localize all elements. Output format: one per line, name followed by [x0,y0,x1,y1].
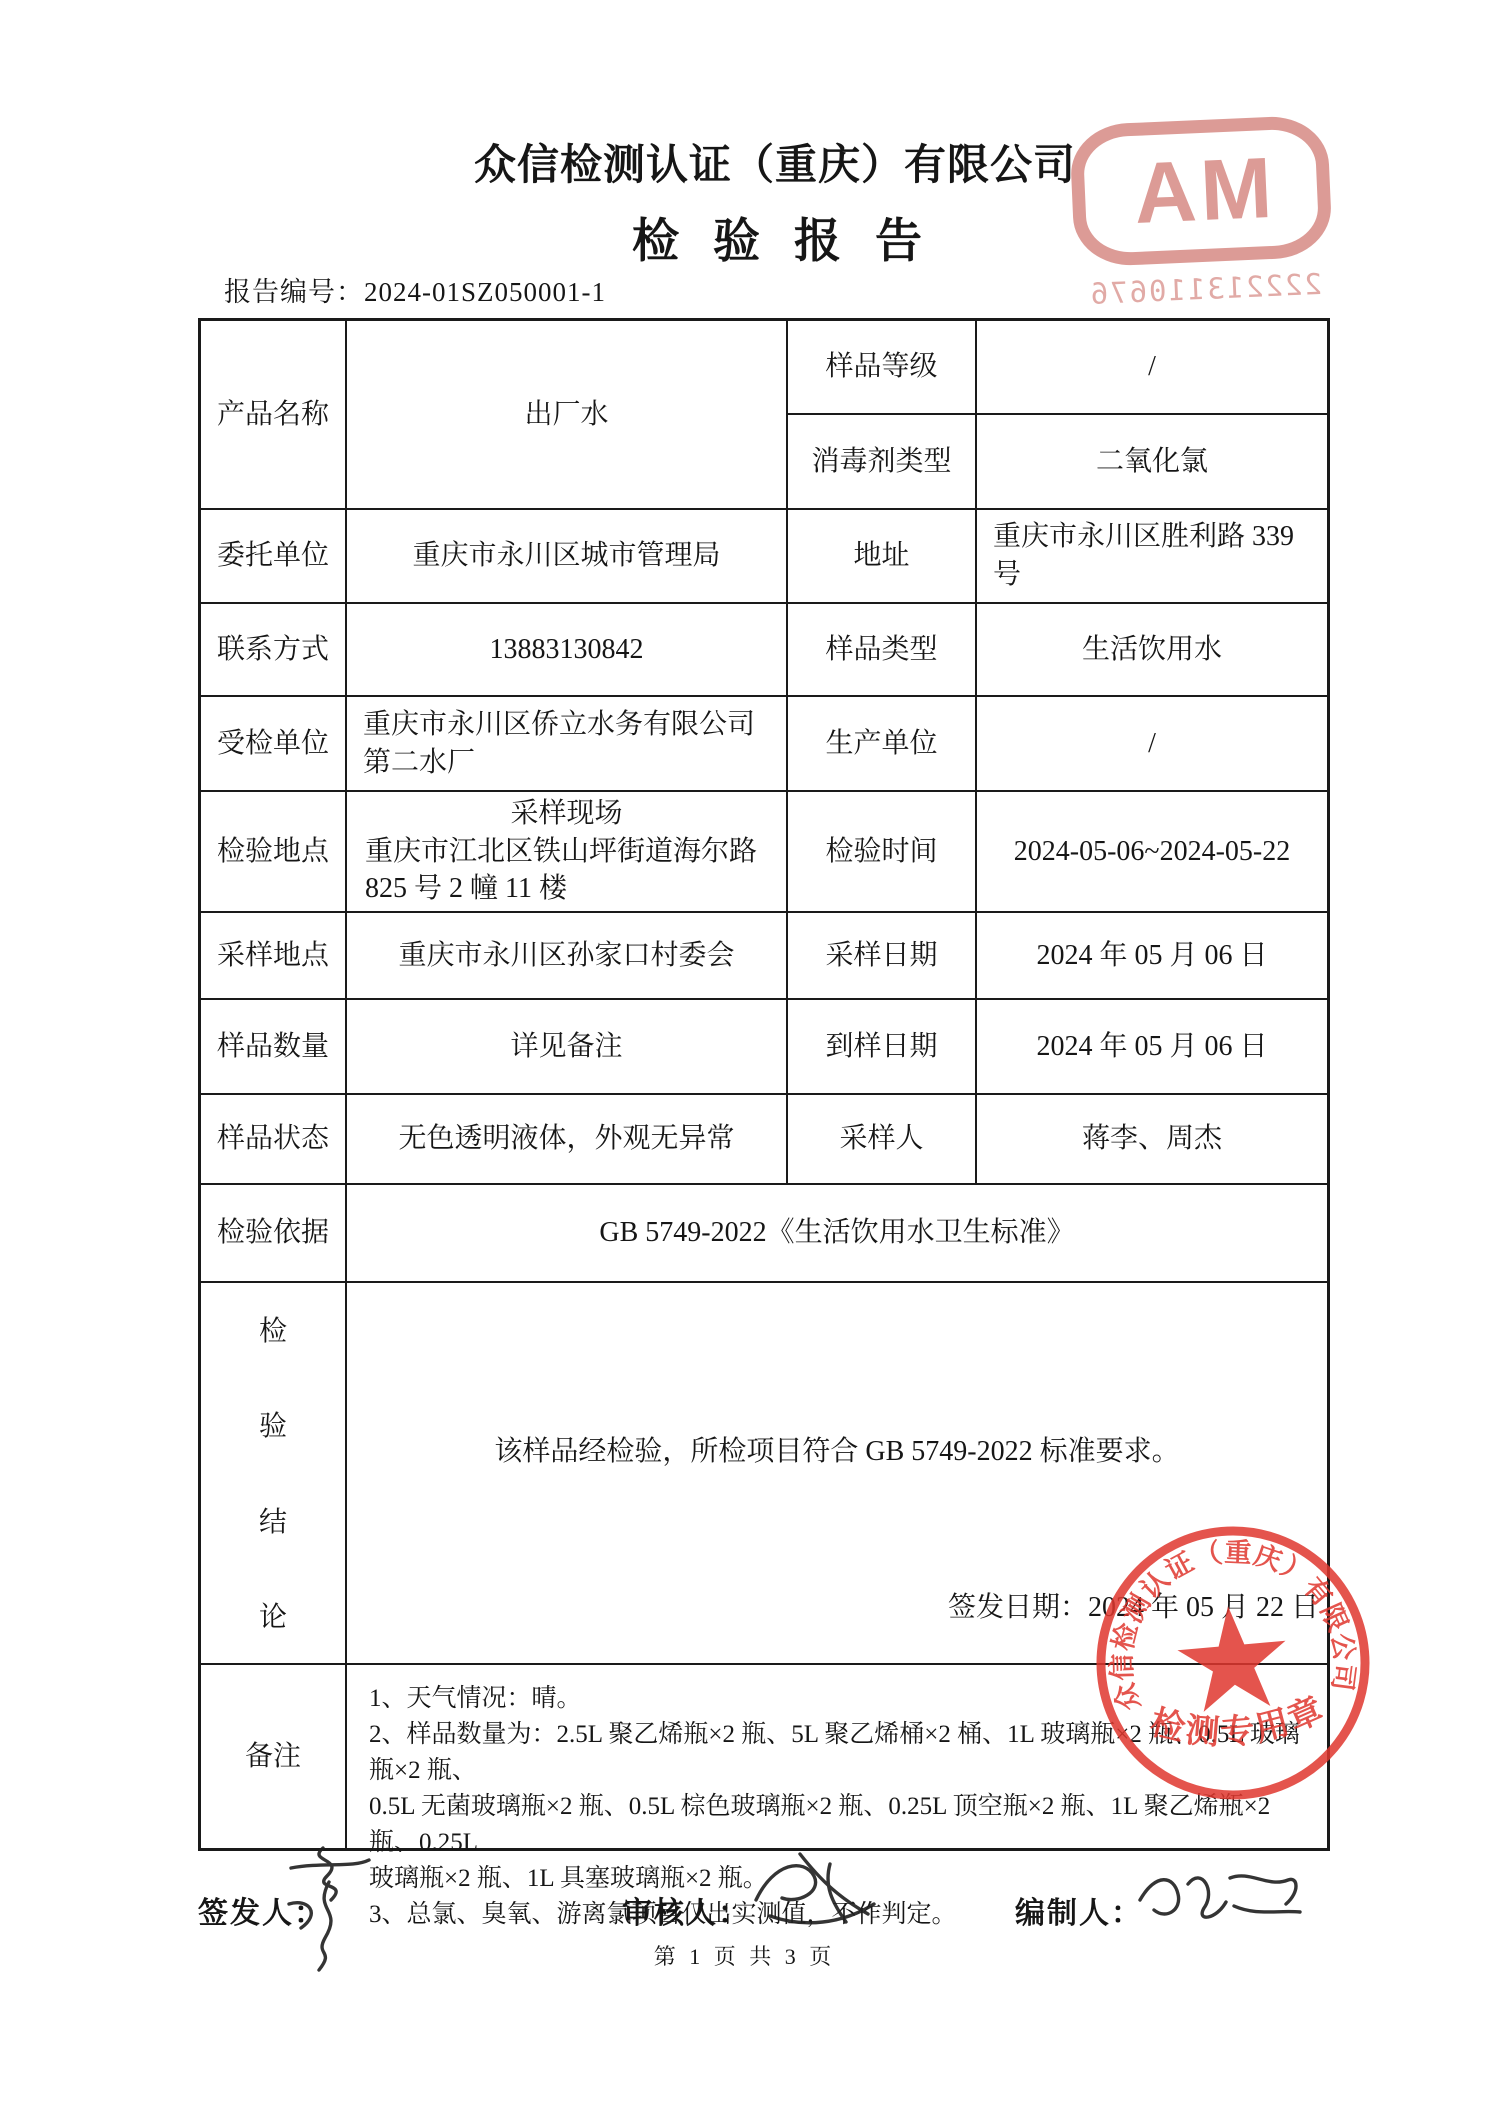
conclusion-char-2: 验 [259,1408,287,1446]
arrival-date-value: 2024 年 05 月 06 日 [977,1000,1327,1095]
test-time-value: 2024-05-06~2024-05-22 [977,792,1327,913]
cma-mirrored-content: MA 222213110676 [1068,114,1336,311]
preparer-signature [1132,1848,1312,1943]
sampler-label: 采样人 [788,1095,977,1185]
test-time-label: 检验时间 [788,792,977,913]
conclusion-label: 检 验 结 论 [201,1283,347,1665]
sample-type-value: 生活饮用水 [977,604,1327,697]
producer-value: / [977,697,1327,792]
producer-label: 生产单位 [788,697,977,792]
conclusion-char-3: 结 [259,1504,287,1542]
inspected-unit-value: 重庆市永川区侨立水务有限公司 第二水厂 [347,697,788,792]
client-label: 委托单位 [201,510,347,604]
svg-text:检测专用章: 检测专用章 [1143,1687,1333,1758]
cma-accreditation-stamp: MA 222213110676 [1068,114,1336,311]
sample-grade-label: 样品等级 [788,321,977,415]
remarks-label: 备注 [201,1665,347,1848]
sample-qty-label: 样品数量 [201,1000,347,1095]
sampling-place-value: 重庆市永川区孙家口村委会 [347,913,788,1000]
cma-letters: MA [1128,145,1273,237]
test-place-value: 采样现场 重庆市江北区铁山坪街道海尔路 825 号 2 幢 11 楼 [347,792,788,913]
company-name: 众信检测认证（重庆）有限公司 [474,132,1076,192]
contact-label: 联系方式 [201,604,347,697]
preparer-label: 编制人： [1015,1888,1143,1932]
conclusion-char-4: 论 [259,1599,287,1637]
reviewer-label: 审核人： [622,1888,750,1932]
official-round-stamp: 众信检测认证（重庆）有限公司 检测专用章 [1069,1499,1396,1826]
cma-logo-frame: MA [1069,114,1333,267]
sample-grade-value: / [977,321,1327,415]
test-place-site: 采样现场 [347,795,786,833]
test-place-address: 重庆市江北区铁山坪街道海尔路 825 号 2 幢 11 楼 [347,833,786,909]
reviewer-signature [742,1842,902,1947]
page-title: 检验报告 [632,204,956,271]
sampler-value: 蒋李、周杰 [977,1095,1327,1185]
cma-certificate-number: 222213110676 [1075,266,1336,311]
basis-value: GB 5749-2022《生活饮用水卫生标准》 [347,1185,1327,1283]
address-label: 地址 [788,510,977,604]
arrival-date-label: 到样日期 [788,1000,977,1095]
test-place-label: 检验地点 [201,792,347,913]
disinfectant-value: 二氧化氯 [977,415,1327,510]
basis-label: 检验依据 [201,1185,347,1283]
report-page: MA 222213110676 众信检测认证（重庆）有限公司 检验报告 报告编号… [0,0,1489,2106]
disinfectant-label: 消毒剂类型 [788,415,977,510]
inspected-unit-label: 受检单位 [201,697,347,792]
remarks-line-1: 1、天气情况：晴。 [369,1681,582,1717]
sampling-place-label: 采样地点 [201,913,347,1000]
report-number: 报告编号：2024-01SZ050001-1 [224,270,606,309]
contact-value: 13883130842 [347,604,788,697]
issuer-signature [255,1838,405,1978]
client-value: 重庆市永川区城市管理局 [347,510,788,604]
conclusion-char-1: 检 [259,1313,287,1351]
star-icon [1174,1601,1291,1713]
product-name-value: 出厂水 [347,321,788,510]
sampling-date-value: 2024 年 05 月 06 日 [977,913,1327,1000]
sample-state-value: 无色透明液体，外观无异常 [347,1095,788,1185]
stamp-bottom-text: 检测专用章 [1143,1687,1333,1758]
sample-state-label: 样品状态 [201,1095,347,1185]
product-name-label: 产品名称 [201,321,347,510]
address-value: 重庆市永川区胜利路 339 号 [977,510,1327,604]
sample-type-label: 样品类型 [788,604,977,697]
sample-qty-value: 详见备注 [347,1000,788,1095]
sampling-date-label: 采样日期 [788,913,977,1000]
conclusion-text: 该样品经检验，所检项目符合 GB 5749-2022 标准要求。 [347,1433,1327,1471]
